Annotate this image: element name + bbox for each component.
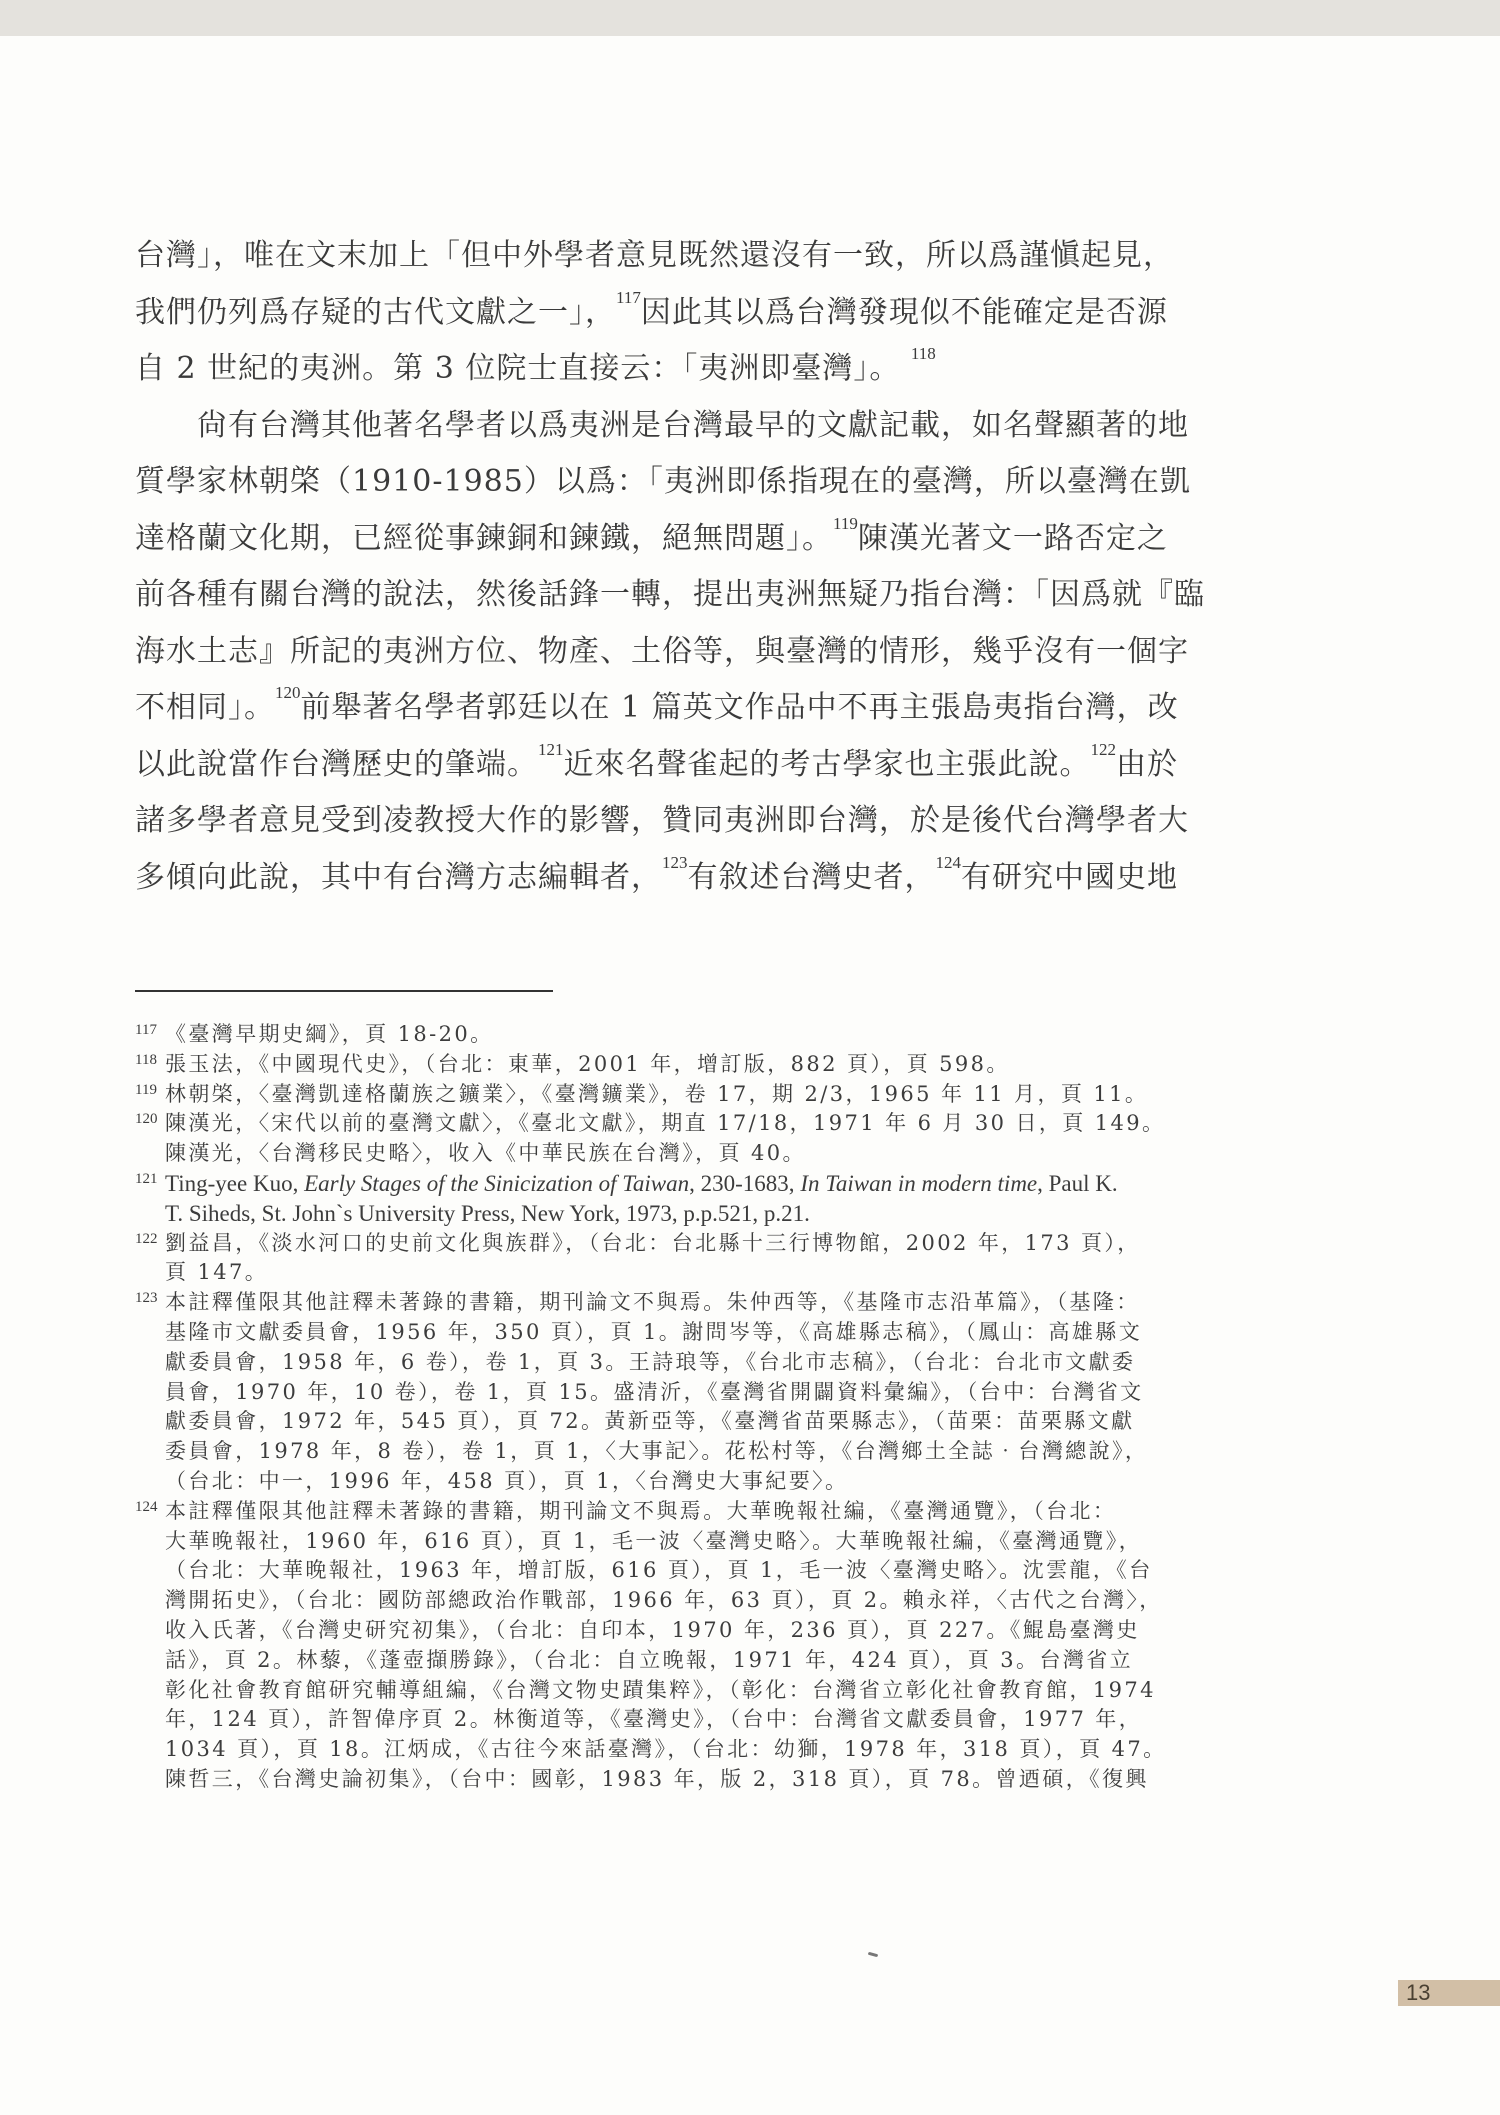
- text-run: 有研究中國史地: [961, 860, 1178, 895]
- text-run: 自 2 世紀的夷洲。第 3 位院士直接云：「夷洲即臺灣」。: [135, 351, 900, 386]
- footnote-118: 118 張玉法，《中國現代史》，（台北：東華，2001 年，增訂版，882 頁）…: [135, 1050, 1265, 1080]
- text-line: 以此說當作台灣歷史的肇端。121近來名聲雀起的考古學家也主張此說。122由於: [135, 737, 1245, 794]
- footnote-line: 陳哲三，《台灣史論初集》，（台中：國彰，1983 年，版 2，318 頁），頁 …: [165, 1765, 1265, 1795]
- text-line: 多傾向此說，其中有台灣方志編輯者，123有敘述台灣史者，124有研究中國史地: [135, 850, 1245, 907]
- footnote-117: 117 《臺灣早期史綱》，頁 18-20。: [135, 1020, 1265, 1050]
- footnote-line: 話》，頁 2。林藜，《蓬壺擷勝錄》，（台北：自立晚報，1971 年，424 頁）…: [165, 1646, 1265, 1676]
- footnote-line: 頁 147。: [165, 1258, 1265, 1288]
- footnote-ref-124[interactable]: 124: [936, 853, 962, 872]
- footnote-number: 122: [135, 1232, 158, 1247]
- footnote-number: 119: [135, 1083, 157, 1098]
- footnote-line: （台北：中一，1996 年，458 頁），頁 1，〈台灣史大事紀要〉。: [165, 1467, 1265, 1497]
- text-line: 台灣」，唯在文末加上「但中外學者意見既然還沒有一致，所以爲謹愼起見，: [135, 228, 1245, 285]
- footnote-line: 灣開拓史》，（台北：國防部總政治作戰部，1966 年，63 頁），頁 2。賴永祥…: [165, 1586, 1265, 1616]
- footnote-122: 122 劉益昌，《淡水河口的史前文化與族群》，（台北：台北縣十三行博物館，200…: [135, 1229, 1265, 1289]
- citation-editor: , Paul K.: [1037, 1171, 1118, 1196]
- citation-title: Early Stages of the Sinicization of Taiw…: [304, 1171, 689, 1196]
- footnote-line: 大華晚報社，1960 年，616 頁），頁 1，毛一波〈臺灣史略〉。大華晚報社編…: [165, 1527, 1265, 1557]
- footnote-ref-122[interactable]: 122: [1091, 740, 1117, 759]
- footnote-line: 陳漢光，〈宋代以前的臺灣文獻〉，《臺北文獻》，期直 17/18，1971 年 6…: [165, 1109, 1265, 1139]
- footnote-line: T. Siheds, St. John`s University Press, …: [165, 1199, 1265, 1229]
- text-line: 不相同」。120前舉著名學者郭廷以在 1 篇英文作品中不再主張島夷指台灣，改: [135, 680, 1245, 737]
- footnote-number: 120: [135, 1112, 158, 1127]
- footnote-number: 117: [135, 1023, 157, 1038]
- footnote-number: 118: [135, 1053, 157, 1068]
- footnote-line: 獻委員會，1958 年，6 卷），卷 1，頁 3。王詩琅等，《台北市志稿》，（台…: [165, 1348, 1265, 1378]
- footnote-line: 收入氏著，《台灣史研究初集》，（台北：自印本，1970 年，236 頁），頁 2…: [165, 1616, 1265, 1646]
- text-run: 近來名聲雀起的考古學家也主張此說。: [564, 747, 1091, 782]
- footnotes-section: 117 《臺灣早期史綱》，頁 18-20。 118 張玉法，《中國現代史》，（台…: [135, 1020, 1265, 1795]
- main-body-text: 台灣」，唯在文末加上「但中外學者意見既然還沒有一致，所以爲謹愼起見， 我們仍列爲…: [135, 228, 1245, 906]
- footnote-ref-117[interactable]: 117: [616, 288, 641, 307]
- text-line: 海水土志』所記的夷洲方位、物產、土俗等，與臺灣的情形，幾乎沒有一個字: [135, 624, 1245, 681]
- text-run: 陳漢光著文一路否定之: [858, 521, 1168, 556]
- footnote-line: Ting-yee Kuo, Early Stages of the Sinici…: [165, 1169, 1265, 1199]
- footnote-line: 張玉法，《中國現代史》，（台北：東華，2001 年，增訂版，882 頁），頁 5…: [165, 1050, 1265, 1080]
- text-run: 因此其以爲台灣發現似不能確定是否源: [641, 295, 1168, 330]
- footnote-line: 委員會，1978 年，8 卷），卷 1，頁 1，〈大事記〉。花松村等，《台灣鄉土…: [165, 1437, 1265, 1467]
- footnote-ref-123[interactable]: 123: [662, 853, 688, 872]
- footnote-number: 123: [135, 1291, 158, 1306]
- text-line: 尙有台灣其他著名學者以爲夷洲是台灣最早的文獻記載，如名聲顯著的地: [135, 398, 1245, 455]
- paragraph-1: 台灣」，唯在文末加上「但中外學者意見既然還沒有一致，所以爲謹愼起見， 我們仍列爲…: [135, 228, 1245, 398]
- text-run: 我們仍列爲存疑的古代文獻之一」，: [135, 295, 616, 330]
- footnote-line: 年，124 頁），許智偉序頁 2。林衡道等，《臺灣史》，（台中：台灣省文獻委員會…: [165, 1705, 1265, 1735]
- text-run: 由於: [1116, 747, 1178, 782]
- footnote-number: 121: [135, 1172, 158, 1187]
- footnote-line: 1034 頁），頁 18。江炳成，《古往今來話臺灣》，（台北：幼獅，1978 年…: [165, 1735, 1265, 1765]
- footnote-line: 彰化社會教育館研究輔導組編，《台灣文物史蹟集粹》，（彰化：台灣省立彰化社會教育館…: [165, 1676, 1265, 1706]
- text-line: 達格蘭文化期，已經從事鍊銅和鍊鐵，絕無問題」。119陳漢光著文一路否定之: [135, 511, 1245, 568]
- footnote-line: 獻委員會，1972 年，545 頁），頁 72。黃新亞等，《臺灣省苗栗縣志》，（…: [165, 1407, 1265, 1437]
- text-line: 自 2 世紀的夷洲。第 3 位院士直接云：「夷洲即臺灣」。 118: [135, 341, 1245, 398]
- footnote-line: 陳漢光，〈台灣移民史略〉，收入《中華民族在台灣》，頁 40。: [165, 1139, 1265, 1169]
- footnote-line: 本註釋僅限其他註釋未著錄的書籍，期刊論文不與焉。大華晚報社編，《臺灣通覽》，（台…: [165, 1497, 1265, 1527]
- footnote-119: 119 林朝棨，〈臺灣凱達格蘭族之鑛業〉，《臺灣鑛業》，卷 17，期 2/3，1…: [135, 1080, 1265, 1110]
- text-run: 不相同」。: [135, 690, 275, 725]
- footnote-121: 121 Ting-yee Kuo, Early Stages of the Si…: [135, 1169, 1265, 1229]
- text-run: 以此說當作台灣歷史的肇端。: [135, 747, 538, 782]
- footnote-line: （台北：大華晚報社，1963 年，增訂版，616 頁），頁 1，毛一波〈臺灣史略…: [165, 1556, 1265, 1586]
- page-number: 13: [1406, 1980, 1430, 2006]
- footnote-line: 《臺灣早期史綱》，頁 18-20。: [165, 1020, 1265, 1050]
- footnote-120: 120 陳漢光，〈宋代以前的臺灣文獻〉，《臺北文獻》，期直 17/18，1971…: [135, 1109, 1265, 1169]
- text-run: 達格蘭文化期，已經從事鍊銅和鍊鐵，絕無問題」。: [135, 521, 833, 556]
- page-number-tab: 13: [1398, 1980, 1500, 2006]
- footnote-separator: [135, 990, 553, 992]
- citation-author: Ting-yee Kuo,: [165, 1171, 304, 1196]
- footnote-line: 本註釋僅限其他註釋未著錄的書籍，期刊論文不與焉。朱仲西等，《基隆市志沿革篇》，（…: [165, 1288, 1265, 1318]
- scan-top-edge: [0, 0, 1500, 36]
- text-line: 前各種有關台灣的說法，然後話鋒一轉，提出夷洲無疑乃指台灣：「因爲就『臨: [135, 567, 1245, 624]
- citation-collection: In Taiwan in modern time: [800, 1171, 1037, 1196]
- footnote-number: 124: [135, 1500, 158, 1515]
- text-run: 前舉著名學者郭廷以在 1 篇英文作品中不再主張島夷指台灣，改: [301, 690, 1179, 725]
- footnote-ref-118[interactable]: 118: [911, 344, 936, 363]
- footnote-line: 員會，1970 年，10 卷），卷 1，頁 15。盛清沂，《臺灣省開闢資料彙編》…: [165, 1378, 1265, 1408]
- footnote-ref-119[interactable]: 119: [833, 514, 858, 533]
- scan-speck: [868, 1952, 878, 1957]
- footnote-line: 劉益昌，《淡水河口的史前文化與族群》，（台北：台北縣十三行博物館，2002 年，…: [165, 1229, 1265, 1259]
- citation-years: , 230-1683,: [689, 1171, 800, 1196]
- paragraph-2: 尙有台灣其他著名學者以爲夷洲是台灣最早的文獻記載，如名聲顯著的地 質學家林朝棨（…: [135, 398, 1245, 907]
- footnote-line: 基隆市文獻委員會，1956 年，350 頁），頁 1。謝問岑等，《高雄縣志稿》，…: [165, 1318, 1265, 1348]
- text-run: 有敘述台灣史者，: [688, 860, 936, 895]
- text-line: 諸多學者意見受到凌教授大作的影響，贊同夷洲即台灣，於是後代台灣學者大: [135, 793, 1245, 850]
- footnote-ref-120[interactable]: 120: [275, 683, 301, 702]
- footnote-123: 123 本註釋僅限其他註釋未著錄的書籍，期刊論文不與焉。朱仲西等，《基隆市志沿革…: [135, 1288, 1265, 1497]
- footnote-line: 林朝棨，〈臺灣凱達格蘭族之鑛業〉，《臺灣鑛業》，卷 17，期 2/3，1965 …: [165, 1080, 1265, 1110]
- text-run: 多傾向此說，其中有台灣方志編輯者，: [135, 860, 662, 895]
- footnote-ref-121[interactable]: 121: [538, 740, 564, 759]
- text-line: 我們仍列爲存疑的古代文獻之一」，117因此其以爲台灣發現似不能確定是否源: [135, 285, 1245, 342]
- text-line: 質學家林朝棨（1910-1985）以爲：「夷洲即係指現在的臺灣，所以臺灣在凱: [135, 454, 1245, 511]
- footnote-124: 124 本註釋僅限其他註釋未著錄的書籍，期刊論文不與焉。大華晚報社編，《臺灣通覽…: [135, 1497, 1265, 1795]
